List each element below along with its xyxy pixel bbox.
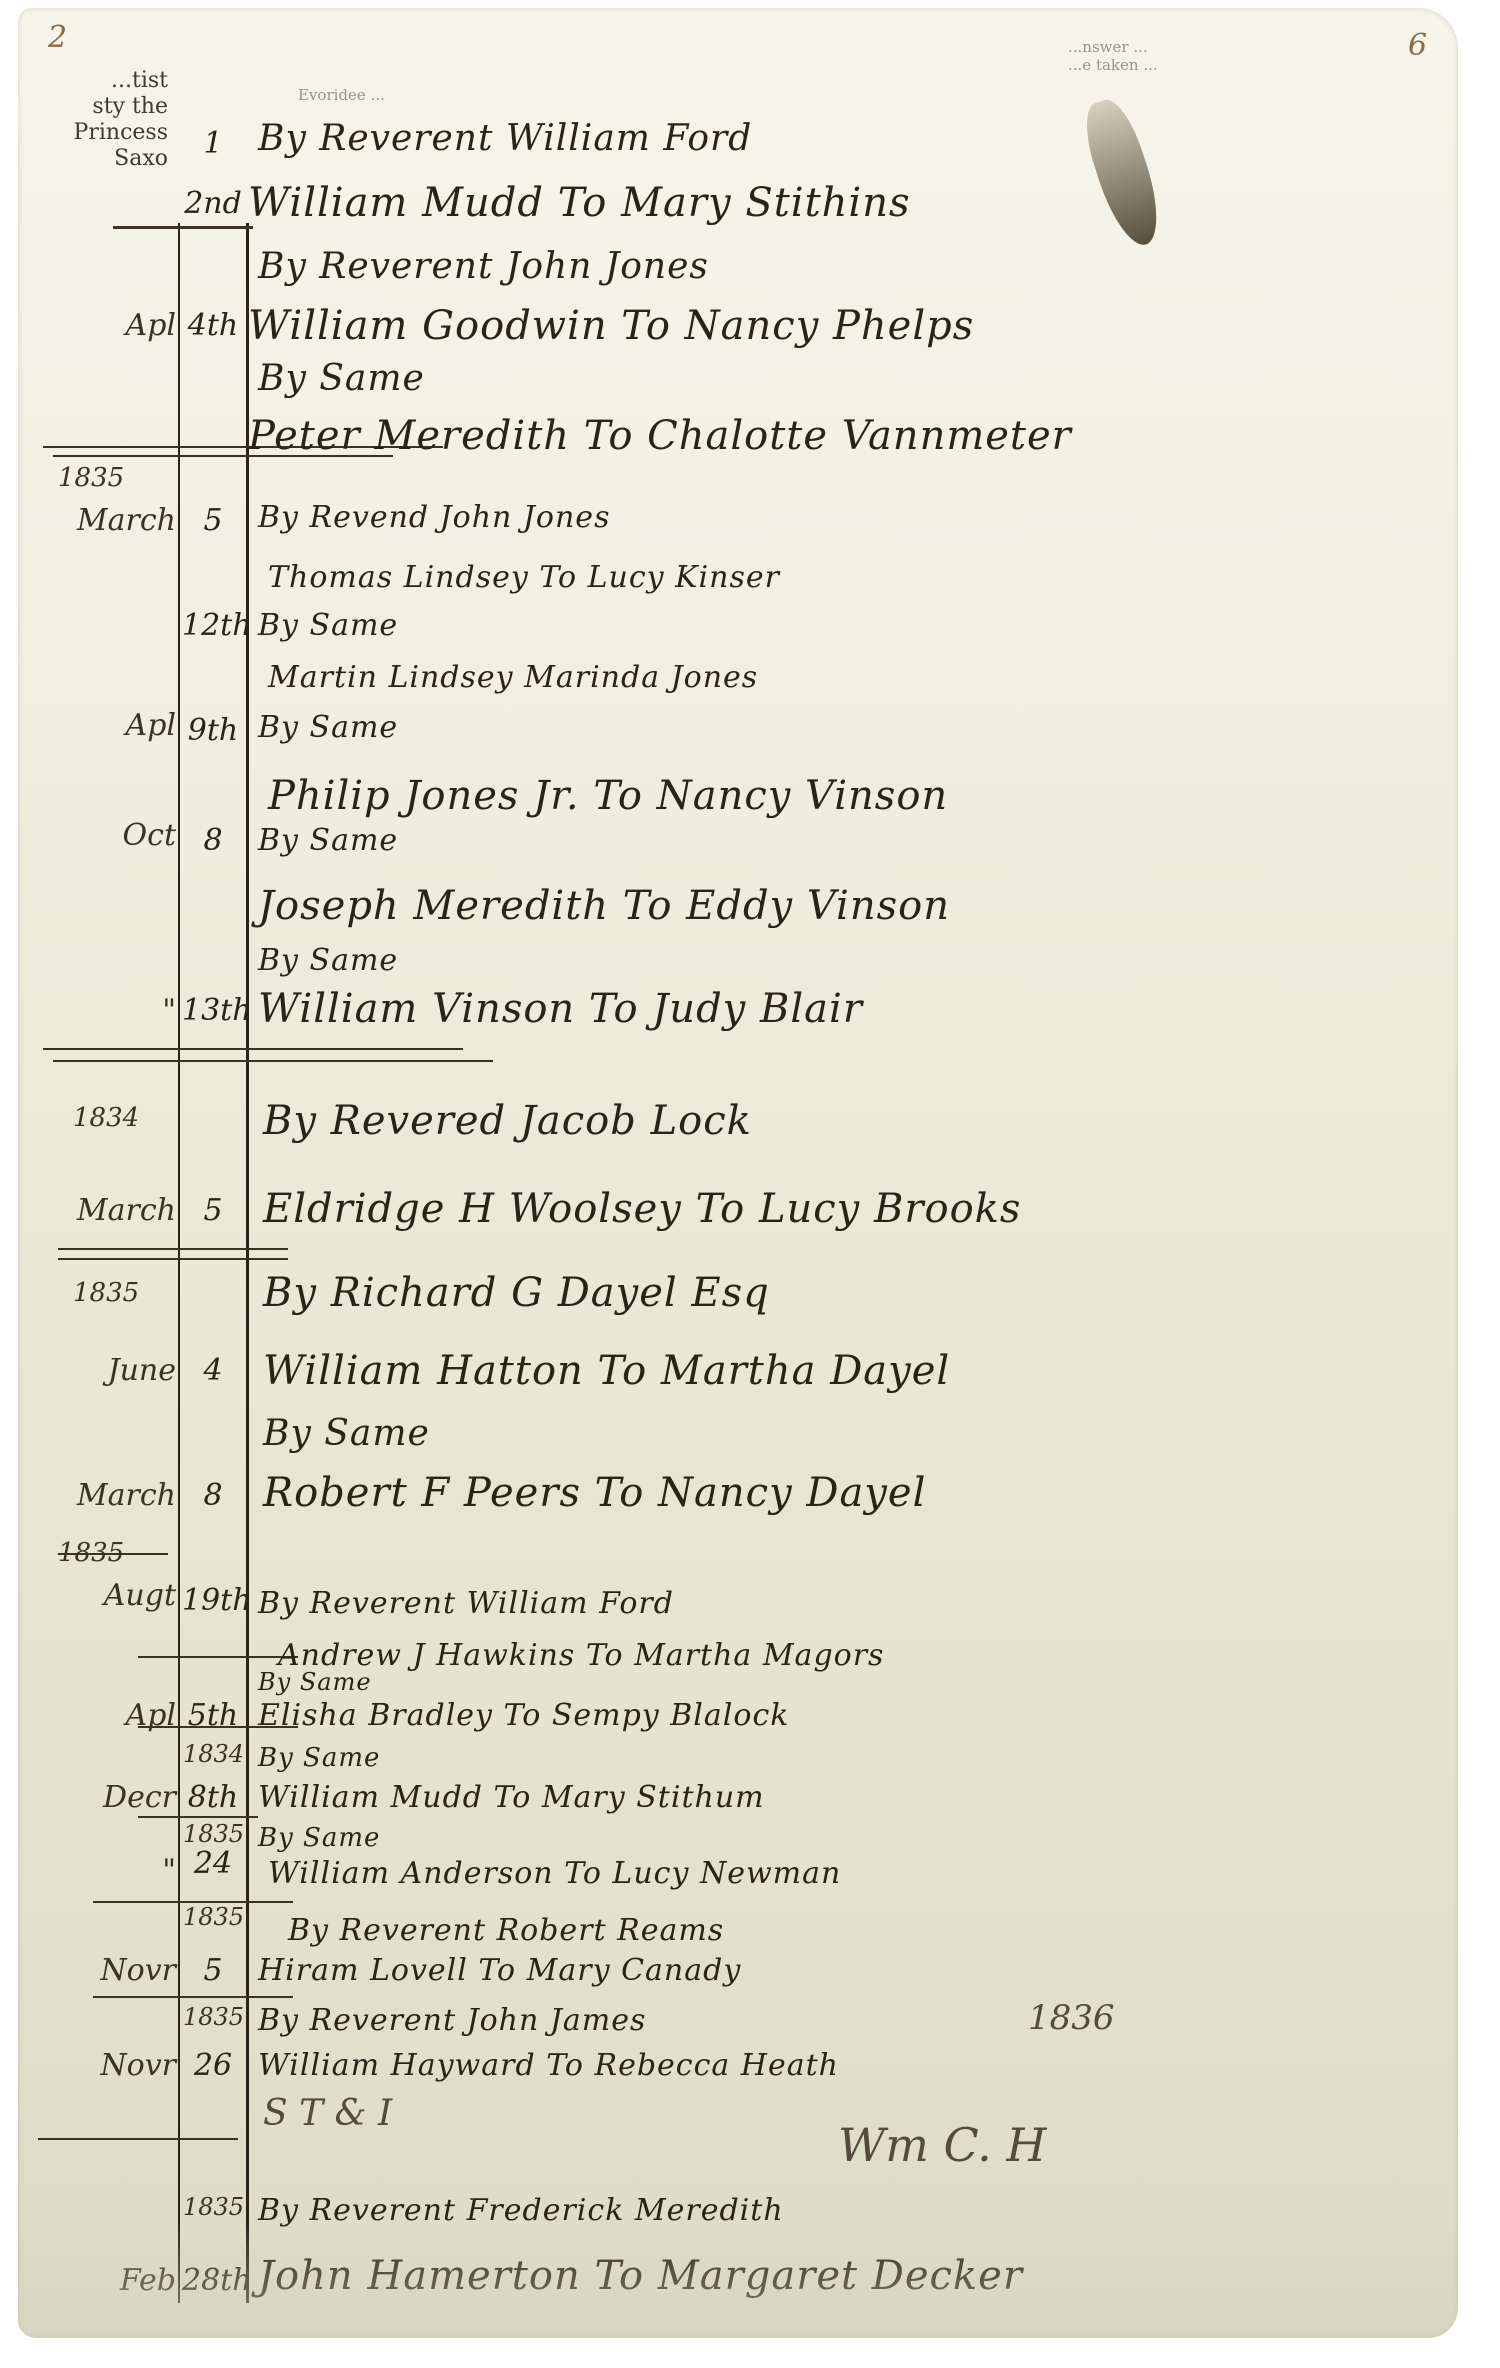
rule-line — [38, 2138, 238, 2140]
officiant-line: By Richard G Dayel Esq — [263, 1270, 770, 1316]
entry-day: 8th — [182, 1780, 244, 1815]
entry-day: 2nd — [182, 186, 244, 221]
couple-line: Robert F Peers To Nancy Dayel — [263, 1470, 926, 1516]
couple-line: Elisha Bradley To Sempy Blalock — [258, 1698, 789, 1733]
officiant-line: By Reverent William Ford — [258, 1586, 674, 1621]
entry-month: March — [58, 1478, 176, 1513]
entry-year: 1835 — [183, 1903, 244, 1931]
entry-month: " — [58, 1853, 176, 1888]
couple-line: Thomas Lindsey To Lucy Kinser — [268, 560, 780, 595]
officiant-line: By Reverent Frederick Meredith — [258, 2193, 784, 2228]
printed-line: ...tist — [58, 68, 168, 94]
officiant-line: By Reverent John Jones — [258, 246, 709, 287]
entry-day: 4 — [182, 1353, 244, 1388]
couple-line: Joseph Meredith To Eddy Vinson — [258, 883, 950, 929]
scribble-mark: S T & I — [263, 2093, 392, 2134]
ledger-page: 2 6 ...tist sty the Princess Saxo Evorid… — [18, 8, 1458, 2338]
officiant-line: By Reverent John James — [258, 2003, 646, 2038]
entry-day: 19th — [182, 1583, 244, 1618]
entry-day: 13th — [182, 993, 244, 1028]
entry-month: Apl — [58, 708, 176, 743]
officiant-line: By Same — [258, 710, 398, 745]
printed-margin-fragment: ...tist sty the Princess Saxo — [58, 68, 168, 172]
couple-line: William Mudd To Mary Stithins — [248, 180, 911, 226]
entry-month: " — [58, 993, 176, 1028]
rule-line — [93, 1996, 293, 1998]
couple-line: William Goodwin To Nancy Phelps — [248, 303, 974, 349]
entry-day: 9th — [182, 713, 244, 748]
entry-month: June — [58, 1353, 176, 1388]
entry-day: 5 — [182, 503, 244, 538]
ink-stain — [1076, 94, 1170, 252]
couple-line: Martin Lindsey Marinda Jones — [268, 660, 758, 695]
entry-day: 4th — [182, 308, 244, 343]
couple-line: Hiram Lovell To Mary Canady — [258, 1953, 741, 1988]
officiant-line: By Same — [258, 608, 398, 643]
rule-line — [53, 1060, 493, 1062]
entry-month: Apl — [58, 1698, 176, 1733]
rule-line — [138, 1816, 258, 1818]
officiant-line: By Same — [258, 1823, 380, 1853]
printed-top-right-fragment: ...nswer ... ...e taken ... — [1068, 38, 1158, 74]
page-number-right: 6 — [1408, 28, 1427, 63]
entry-month: Augt — [58, 1578, 176, 1613]
page-number-left: 2 — [48, 20, 67, 55]
entry-day: 5 — [182, 1953, 244, 1988]
rule-line — [138, 1656, 298, 1658]
entry-month: March — [58, 503, 176, 538]
entry-month: Novr — [58, 2048, 176, 2083]
margin-note: 1836 — [1028, 1998, 1115, 2038]
couple-line: Eldridge H Woolsey To Lucy Brooks — [263, 1186, 1021, 1232]
couple-line: John Hamerton To Margaret Decker — [258, 2253, 1023, 2299]
officiant-line: By Same — [258, 943, 398, 978]
printed-line: ...e taken ... — [1068, 56, 1158, 74]
entry-month: Novr — [58, 1953, 176, 1988]
date-column-divider — [178, 223, 180, 2303]
entry-year: 1835 — [183, 2003, 244, 2031]
couple-line: William Hatton To Martha Dayel — [263, 1348, 950, 1394]
entry-day: 12th — [182, 608, 244, 643]
entry-year: 1835 — [58, 1538, 124, 1568]
entry-day: 8 — [182, 823, 244, 858]
rule-line — [58, 1248, 288, 1250]
entry-column-divider — [246, 223, 249, 2303]
officiant-line: By Reverent Robert Reams — [288, 1913, 724, 1948]
couple-line: William Vinson To Judy Blair — [258, 986, 863, 1032]
printed-line: sty the — [58, 94, 168, 120]
entry-month: March — [58, 1193, 176, 1228]
printed-top-fragment: Evoridee ... — [298, 86, 385, 104]
rule-line — [43, 1048, 463, 1050]
entry-day: 5th — [182, 1698, 244, 1733]
printed-line: ...nswer ... — [1068, 38, 1158, 56]
printed-line: Saxo — [58, 146, 168, 172]
couple-line: William Anderson To Lucy Newman — [268, 1856, 841, 1891]
entry-day: 28th — [182, 2263, 244, 2298]
couple-line: William Hayward To Rebecca Heath — [258, 2048, 839, 2083]
entry-year: 1835 — [58, 463, 124, 493]
printed-line: Princess — [58, 120, 168, 146]
officiant-line: By Same — [258, 823, 398, 858]
entry-day: 1 — [182, 126, 244, 161]
officiant-line: By Same — [258, 358, 425, 399]
officiant-line: By Revend John Jones — [258, 500, 610, 535]
officiant-line: By Reverent William Ford — [258, 118, 752, 159]
entry-year: 1834 — [183, 1740, 244, 1768]
entry-month: Feb — [58, 2263, 176, 2298]
couple-line: William Mudd To Mary Stithum — [258, 1780, 765, 1815]
couple-line: Philip Jones Jr. To Nancy Vinson — [268, 773, 948, 819]
entry-year: 1835 — [73, 1278, 139, 1308]
entry-month: Oct — [58, 818, 176, 853]
officiant-line: By Same — [258, 1743, 380, 1773]
entry-month: Decr — [58, 1780, 176, 1815]
entry-day: 5 — [182, 1193, 244, 1228]
entry-day: 26 — [182, 2048, 244, 2083]
officiant-line: By Same — [258, 1668, 372, 1696]
entry-year: 1835 — [183, 2193, 244, 2221]
signature-scribble: Wm C. H — [838, 2118, 1046, 2172]
entry-year: 1834 — [73, 1103, 139, 1133]
entry-year: 1835 — [183, 1820, 244, 1848]
couple-line: Peter Meredith To Chalotte Vannmeter — [248, 413, 1072, 459]
entry-day: 24 — [182, 1846, 244, 1881]
officiant-line: By Revered Jacob Lock — [263, 1098, 752, 1144]
entry-day: 8 — [182, 1478, 244, 1513]
officiant-line: By Same — [263, 1413, 430, 1454]
entry-month: Apl — [58, 308, 176, 343]
rule-line — [113, 226, 253, 229]
rule-line — [58, 1258, 288, 1260]
